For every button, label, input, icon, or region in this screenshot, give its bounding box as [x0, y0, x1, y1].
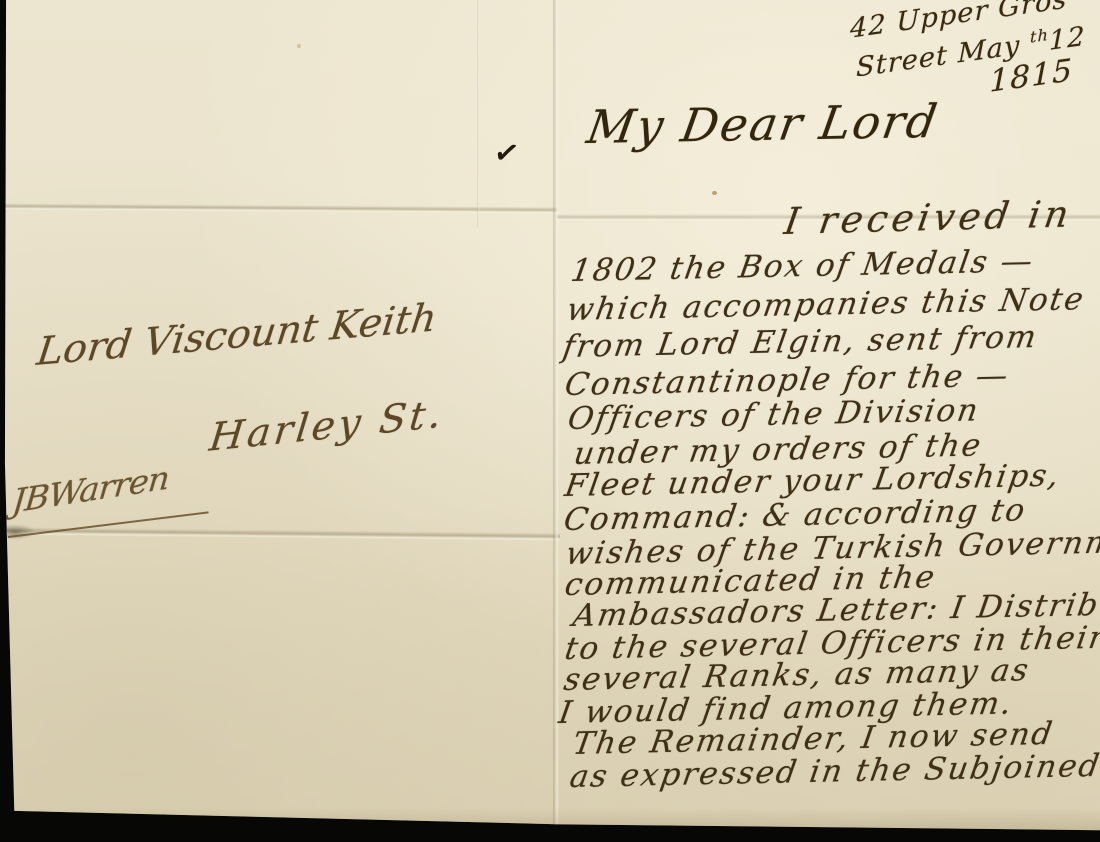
fold-crease-vertical-faint [477, 0, 480, 228]
photo-background: Lord Viscount Keith Harley St. JBWarren … [0, 0, 1100, 842]
ink-check-mark: ✓ [491, 134, 522, 173]
letter-paper: Lord Viscount Keith Harley St. JBWarren … [0, 0, 1100, 842]
address-street: Harley St. [207, 392, 446, 461]
dateline-day-suffix: th [1030, 25, 1049, 46]
salutation: My Dear Lord [583, 94, 942, 154]
paper-edge-shadow [0, 808, 1100, 842]
body-line: 1802 the Box of Medals — [568, 243, 1036, 289]
fold-crease-horizontal-left [0, 203, 557, 214]
body-line: I received in [782, 193, 1076, 243]
frank-signature: JBWarren [10, 458, 170, 520]
paper-speck [712, 191, 717, 195]
dateline-day: 12 [1049, 21, 1086, 57]
fold-crease-horizontal-left-lower [0, 527, 560, 541]
dateline-address-abbrev: vor [1067, 0, 1097, 2]
address-recipient: Lord Viscount Keith [34, 296, 439, 375]
ink-smudge [0, 524, 36, 540]
paper-speck [297, 44, 301, 48]
